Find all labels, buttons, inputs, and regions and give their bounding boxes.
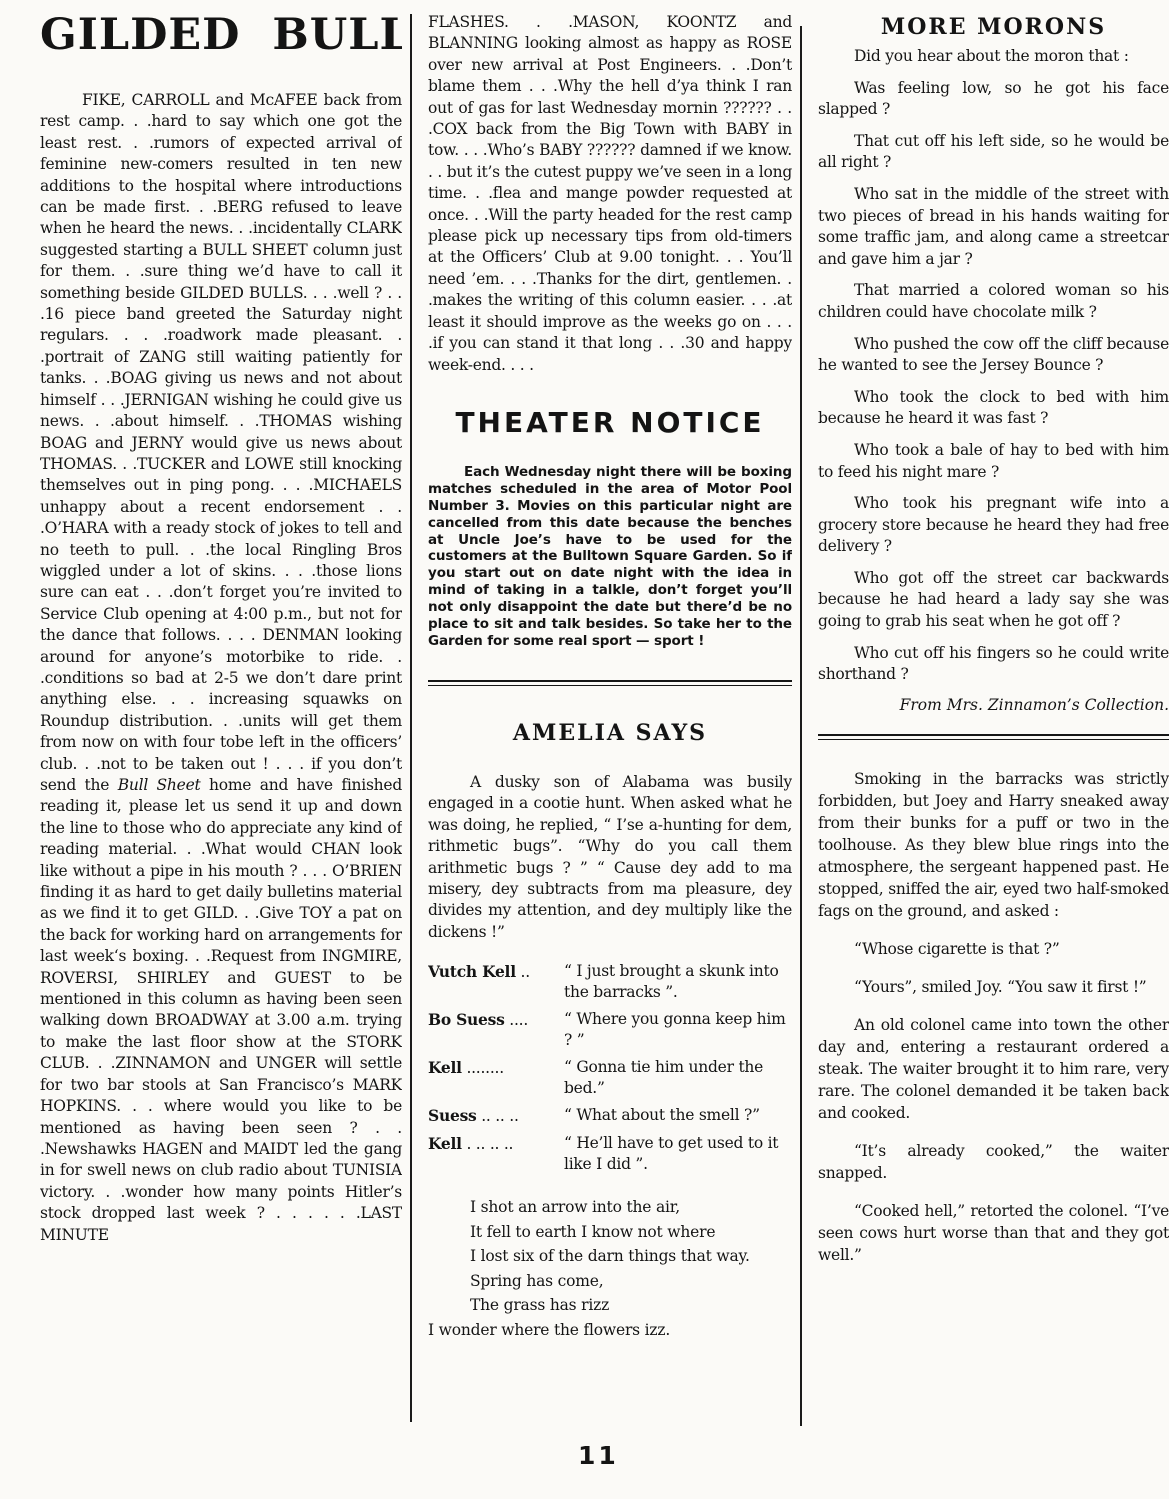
dialogue-line: “ Where you gonna keep him ? ” <box>564 1009 792 1051</box>
moron-item: Who took the clock to bed with him becau… <box>818 387 1169 430</box>
theater-notice-section: THEATER NOTICE Each Wednesday night ther… <box>428 406 792 650</box>
dialogue-line: “ I just brought a skunk into the barrac… <box>564 961 792 1003</box>
speaker-name: Kell <box>428 1134 462 1153</box>
speaker-name: Vutch Kell <box>428 962 516 981</box>
poem-line: I lost six of the darn things that way. <box>470 1244 792 1269</box>
dialogue-speaker: Bo Suess .... <box>428 1009 564 1051</box>
story-paragraph: “Yours”, smiled Joy. “You saw it first !… <box>818 976 1169 998</box>
dot-leader: ........ <box>462 1059 504 1077</box>
dialogue-line: “ What about the smell ?” <box>564 1105 792 1127</box>
poem-line: I wonder where the flowers izz. <box>428 1318 792 1343</box>
dialogue-speaker: Vutch Kell .. <box>428 961 564 1003</box>
moron-item: Who sat in the middle of the street with… <box>818 184 1169 270</box>
arrow-poem: I shot an arrow into the air, It fell to… <box>428 1195 792 1342</box>
collection-attribution: From Mrs. Zinnamon’s Collection. <box>818 696 1169 714</box>
more-morons-intro: Did you hear about the moron that : <box>818 46 1169 68</box>
story-paragraph: “It’s already cooked,” the waiter snappe… <box>818 1140 1169 1184</box>
column-middle: FLASHES. . .MASON, KOONTZ and BLANNING l… <box>428 12 792 1462</box>
moron-item: Who got off the street car backwards bec… <box>818 568 1169 633</box>
speaker-name: Suess <box>428 1106 477 1125</box>
smoking-story: Smoking in the barracks was strictly for… <box>818 768 1169 998</box>
dot-leader: .. <box>516 963 530 981</box>
amelia-says-title: AMELIA SAYS <box>428 720 792 746</box>
double-rule-middle <box>428 680 792 686</box>
gilded-bulls-continuation: FLASHES. . .MASON, KOONTZ and BLANNING l… <box>428 12 792 376</box>
body-segment: FIKE, CARROLL and McAFEE back from rest … <box>40 91 402 794</box>
column-gilded-bulls: GILDED BULLS FIKE, CARROLL and McAFEE ba… <box>40 10 402 1460</box>
speaker-name: Kell <box>428 1058 462 1077</box>
moron-item: Who took a bale of hay to bed with him t… <box>818 440 1169 483</box>
story-paragraph: “Whose cigarette is that ?” <box>818 938 1169 960</box>
poem-line: Spring has come, <box>470 1269 792 1294</box>
theater-notice-body: Each Wednesday night there will be boxin… <box>428 464 792 650</box>
dialogue-speaker: Kell ........ <box>428 1057 564 1099</box>
theater-notice-title: THEATER NOTICE <box>428 406 792 439</box>
moron-item: That cut off his left side, so he would … <box>818 131 1169 174</box>
story-paragraph: Smoking in the barracks was strictly for… <box>818 768 1169 922</box>
dialogue-row: Vutch Kell .. “ I just brought a skunk i… <box>428 961 792 1003</box>
dialogue-line: “ Gonna tie him under the bed.” <box>564 1057 792 1099</box>
body-segment: home and have finished reading it, pleas… <box>40 776 402 1244</box>
newsletter-page: GILDED BULLS FIKE, CARROLL and McAFEE ba… <box>0 0 1169 1499</box>
dialogue-speaker: Kell . .. .. .. <box>428 1133 564 1175</box>
moron-item: Who cut off his fingers so he could writ… <box>818 643 1169 686</box>
column-divider-right <box>800 26 802 1426</box>
amelia-says-section: AMELIA SAYS A dusky son of Alabama was b… <box>428 720 792 1342</box>
dot-leader: .. .. .. <box>477 1107 519 1125</box>
gilded-bulls-body: FIKE, CARROLL and McAFEE back from rest … <box>40 90 402 1246</box>
body-segment: Bull Sheet <box>118 776 201 794</box>
dialogue-row: Suess .. .. .. “ What about the smell ?” <box>428 1105 792 1127</box>
poem-line: It fell to earth I know not where <box>470 1220 792 1245</box>
more-morons-title: MORE MORONS <box>818 14 1169 40</box>
dialogue-row: Bo Suess .... “ Where you gonna keep him… <box>428 1009 792 1051</box>
dialogue-line: “ He’ll have to get used to it like I di… <box>564 1133 792 1175</box>
moron-item: Who pushed the cow off the cliff because… <box>818 334 1169 377</box>
moron-item: Was feeling low, so he got his face slap… <box>818 78 1169 121</box>
moron-item: That married a colored woman so his chil… <box>818 280 1169 323</box>
dot-leader: .... <box>505 1011 528 1029</box>
amelia-dialogue: Vutch Kell .. “ I just brought a skunk i… <box>428 961 792 1175</box>
poem-line: The grass has rizz <box>470 1293 792 1318</box>
story-paragraph: An old colonel came into town the other … <box>818 1014 1169 1124</box>
poem-line: I shot an arrow into the air, <box>470 1195 792 1220</box>
amelia-says-intro: A dusky son of Alabama was busily engage… <box>428 772 792 943</box>
double-rule-right <box>818 734 1169 740</box>
column-more-morons: MORE MORONS Did you hear about the moron… <box>818 14 1169 1474</box>
page-number: 11 <box>578 1441 619 1470</box>
gilded-bulls-title: GILDED BULLS <box>40 10 402 60</box>
column-divider-left <box>410 14 412 1422</box>
story-paragraph: “Cooked hell,” retorted the colonel. “I’… <box>818 1200 1169 1266</box>
speaker-name: Bo Suess <box>428 1010 505 1029</box>
dialogue-row: Kell . .. .. .. “ He’ll have to get used… <box>428 1133 792 1175</box>
moron-list: Was feeling low, so he got his face slap… <box>818 78 1169 686</box>
dialogue-speaker: Suess .. .. .. <box>428 1105 564 1127</box>
dialogue-row: Kell ........ “ Gonna tie him under the … <box>428 1057 792 1099</box>
moron-item: Who took his pregnant wife into a grocer… <box>818 493 1169 558</box>
dot-leader: . .. .. .. <box>462 1135 513 1153</box>
colonel-story: An old colonel came into town the other … <box>818 1014 1169 1266</box>
